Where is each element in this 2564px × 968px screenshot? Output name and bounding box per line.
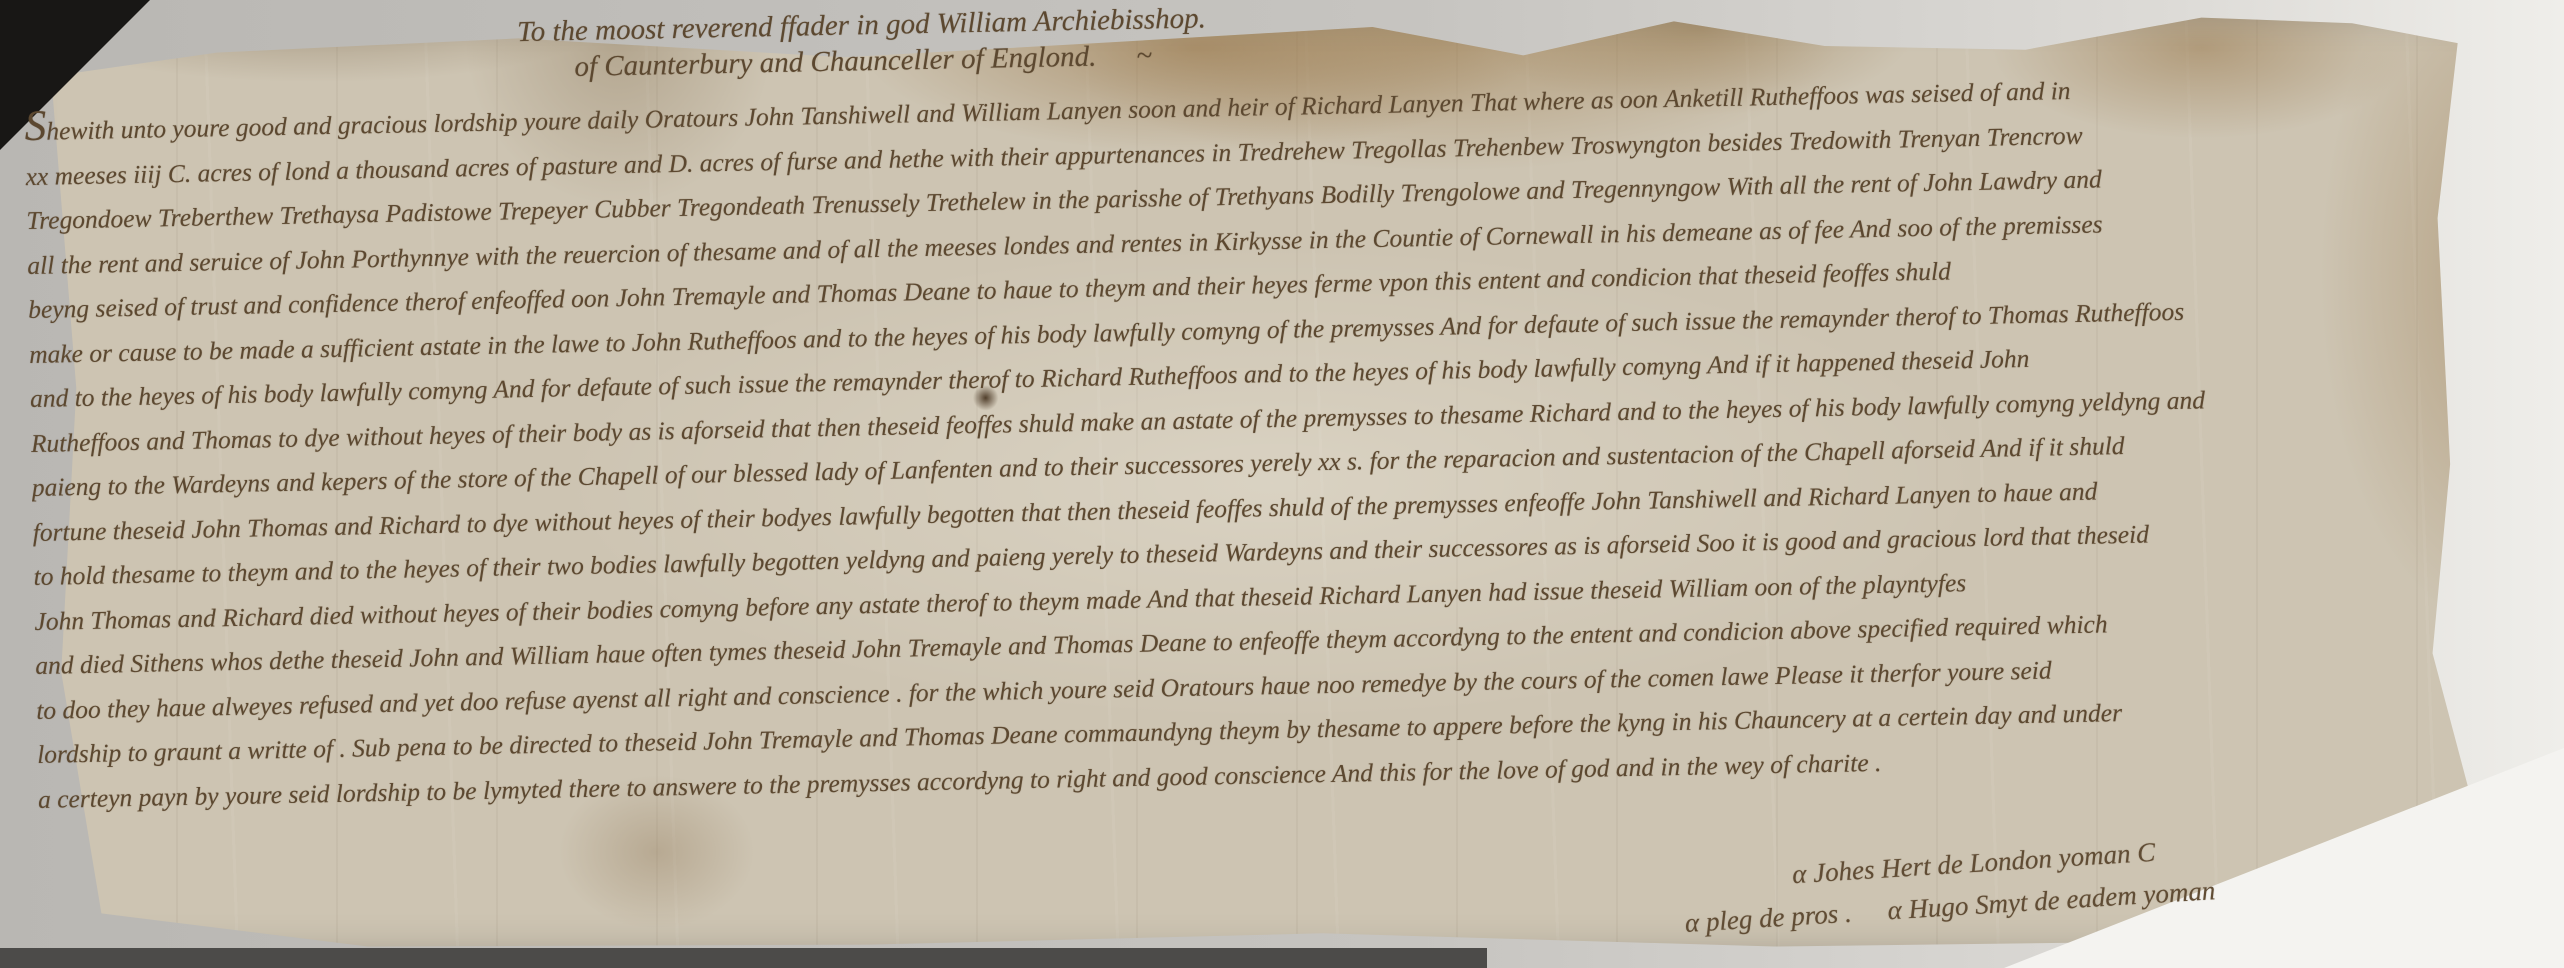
petition-body: Shewith unto youre good and gracious lor… <box>24 60 2542 822</box>
petition-address: To the moost reverend ffader in god Will… <box>285 0 1438 91</box>
manuscript-text: To the moost reverend ffader in god Will… <box>23 0 2545 962</box>
pen-flourish: ~ <box>1136 37 1150 73</box>
manuscript-photo: To the moost reverend ffader in god Will… <box>0 0 2564 968</box>
